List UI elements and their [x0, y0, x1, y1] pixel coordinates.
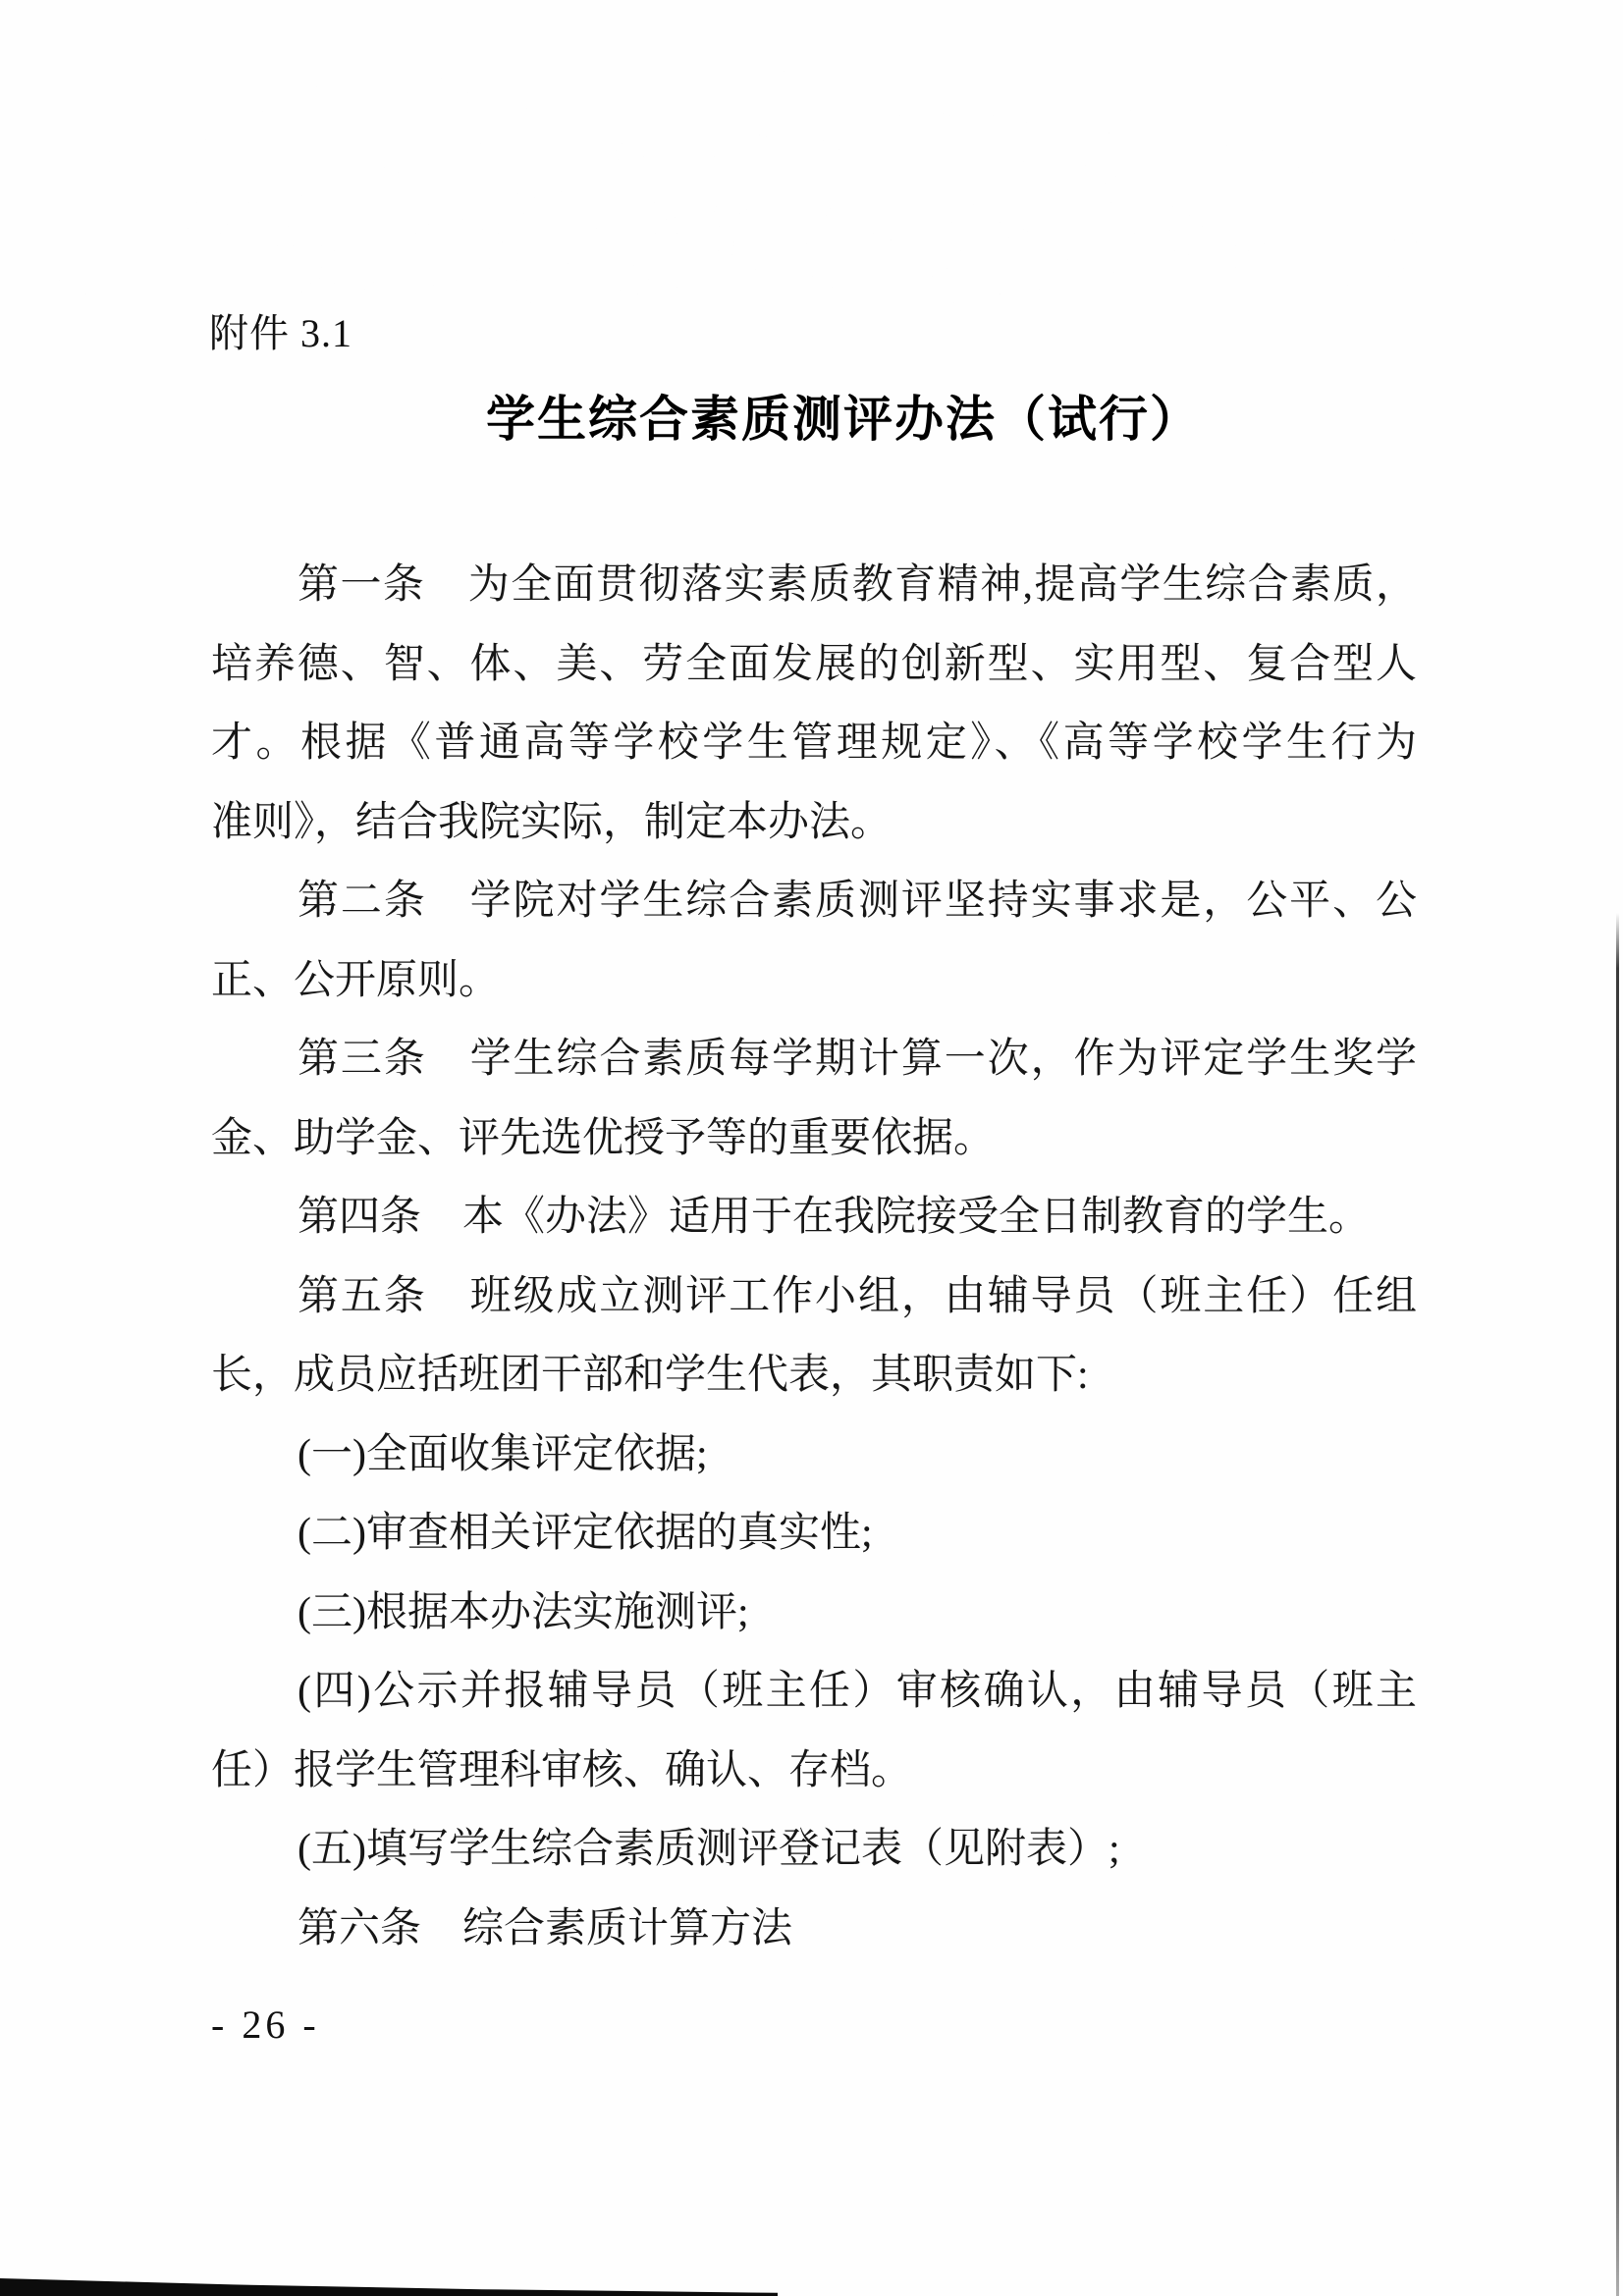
body-line: (五)填写学生综合素质测评登记表（见附表）; — [211, 1810, 1417, 1890]
body-line: 准则》，结合我院实际，制定本办法。 — [211, 783, 1417, 863]
document-title: 学生综合素质测评办法（试行） — [241, 389, 1446, 450]
body-line: (二)审查相关评定依据的真实性; — [211, 1494, 1417, 1574]
scan-edge-shadow — [0, 2276, 778, 2296]
body-line: 才。根据《普通高等学校学生管理规定》、《高等学校学生行为 — [211, 704, 1417, 783]
scan-edge-line — [1616, 913, 1619, 2296]
attachment-label: 附件 3.1 — [209, 310, 352, 357]
body-line: 任）报学生管理科审核、确认、存档。 — [211, 1732, 1417, 1811]
body-line: 正、公开原则。 — [211, 941, 1417, 1021]
scanned-document-page: 附件 3.1 学生综合素质测评办法（试行） 第一条 为全面贯彻落实素质教育精神,… — [0, 0, 1623, 2296]
body-line: 第三条 学生综合素质每学期计算一次，作为评定学生奖学 — [211, 1020, 1417, 1099]
scan-bleedthrough-noise — [39, 29, 1532, 304]
body-line: 第五条 班级成立测评工作小组，由辅导员（班主任）任组 — [211, 1257, 1417, 1337]
body-line: (一)全面收集评定依据; — [211, 1415, 1417, 1495]
body-line: 第六条 综合素质计算方法 — [211, 1890, 1417, 1969]
body-line: (四)公示并报辅导员（班主任）审核确认，由辅导员（班主 — [211, 1652, 1417, 1732]
body-line: 长，成员应括班团干部和学生代表，其职责如下: — [211, 1336, 1417, 1415]
body-line: 第四条 本《办法》适用于在我院接受全日制教育的学生。 — [211, 1178, 1417, 1257]
body-lines: 第一条 为全面贯彻落实素质教育精神,提高学生综合素质，培养德、智、体、美、劳全面… — [211, 546, 1417, 1968]
body-line: 第一条 为全面贯彻落实素质教育精神,提高学生综合素质， — [211, 546, 1417, 625]
body-line: (三)根据本办法实施测评; — [211, 1574, 1417, 1653]
body-line: 第二条 学院对学生综合素质测评坚持实事求是，公平、公 — [211, 862, 1417, 941]
body-line: 金、助学金、评先选优授予等的重要依据。 — [211, 1099, 1417, 1179]
page-number: - 26 - — [211, 2002, 320, 2048]
body-line: 培养德、智、体、美、劳全面发展的创新型、实用型、复合型人 — [211, 625, 1417, 705]
